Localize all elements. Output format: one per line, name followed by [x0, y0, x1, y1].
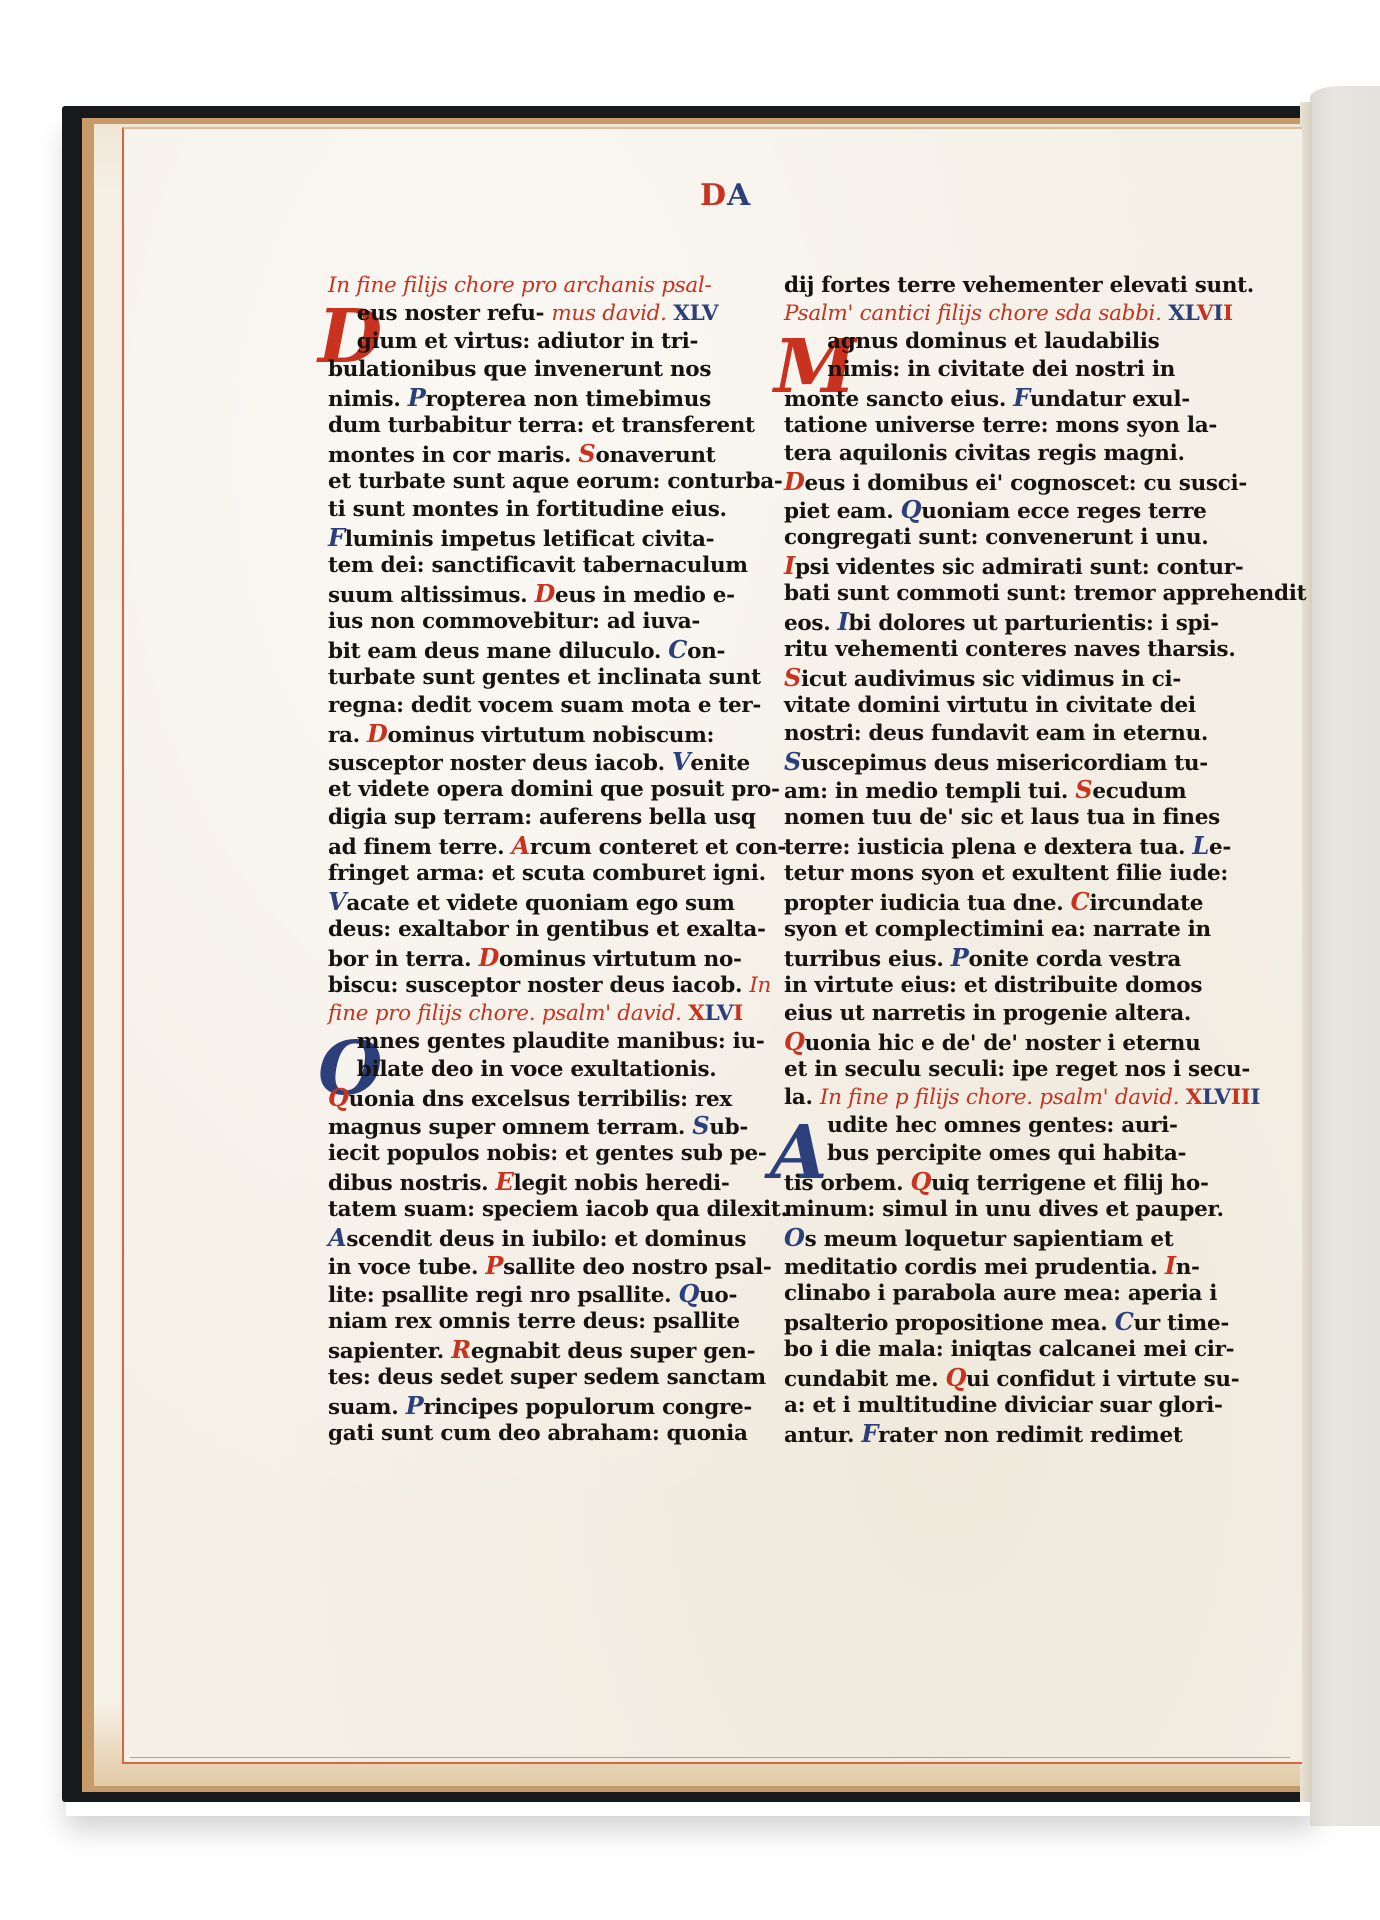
decorated-initial: O	[784, 1223, 805, 1252]
text-segment: cundabit me.	[784, 1367, 945, 1392]
text-segment: LV	[1202, 1085, 1231, 1110]
text-line: eus noster refu- mus david. XLV	[328, 300, 718, 328]
running-head: DA	[700, 178, 751, 213]
text-line: agnus dominus et laudabilis	[784, 328, 1264, 356]
text-line: Sicut audivimus sic vidimus in ci-	[784, 664, 1264, 692]
text-segment: bi dolores ut parturientis: i spi-	[849, 611, 1219, 636]
text-line: bit eam deus mane diluculo. Con-	[328, 636, 718, 664]
text-segment: digia sup terram: auferens bella usq	[328, 805, 756, 830]
text-segment: eus noster refu-	[328, 301, 551, 326]
text-segment: legit nobis heredi-	[514, 1171, 730, 1196]
text-segment: scendit deus in iubilo: et dominus	[346, 1227, 746, 1252]
decorated-initial: F	[861, 1419, 878, 1448]
rubric-text: Psalm' cantici filijs chore sda sabbi.	[784, 301, 1168, 326]
text-segment: ropterea non timebimus	[425, 387, 710, 412]
text-line: montes in cor maris. Sonaverunt	[328, 440, 718, 468]
text-segment: s meum loquetur sapientiam et	[805, 1227, 1174, 1252]
text-line: ius non commovebitur: ad iuva-	[328, 608, 718, 636]
text-segment: dum turbabitur terra: et transferent	[328, 413, 755, 438]
text-segment: tera aquilonis civitas regis magni.	[784, 441, 1185, 466]
text-segment: bus percipite omes qui habita-	[784, 1141, 1186, 1166]
text-line: in voce tube. Psallite deo nostro psal-	[328, 1252, 718, 1280]
text-segment: turribus eius.	[784, 947, 951, 972]
text-line: deus: exaltabor in gentibus et exalta-	[328, 916, 718, 944]
text-segment: XL	[1168, 301, 1197, 326]
text-segment: LV	[705, 1001, 734, 1026]
text-segment: psalterio propositione mea.	[784, 1311, 1115, 1336]
text-segment: turbate sunt gentes et inclinata sunt	[328, 665, 761, 690]
text-segment: vitate domini virtutu in civitate dei	[784, 693, 1196, 718]
text-segment: regna: dedit vocem suam mota e ter-	[328, 693, 761, 718]
text-segment: nimis.	[328, 387, 408, 412]
text-line: bilate deo in voce exultationis.	[328, 1056, 718, 1084]
text-line: dum turbabitur terra: et transferent	[328, 412, 718, 440]
text-segment: ur time-	[1134, 1311, 1230, 1336]
text-segment: tatem suam: speciem iacob qua dilexit.	[328, 1197, 788, 1222]
text-segment: n-	[1176, 1255, 1200, 1280]
decorated-initial: C	[1071, 887, 1090, 916]
text-segment: et videte opera domini que posuit pro-	[328, 777, 780, 802]
text-segment: et turbate sunt aque eorum: conturba-	[328, 469, 782, 494]
text-line: congregati sunt: convenerunt i unu.	[784, 524, 1264, 552]
rubric-text: In	[749, 973, 771, 998]
text-segment: on-	[687, 639, 725, 664]
text-segment: gati sunt cum deo abraham: quonia	[328, 1421, 748, 1446]
text-segment: lite: psallite regi nro psallite.	[328, 1283, 678, 1308]
text-line: propter iudicia tua dne. Circundate	[784, 888, 1264, 916]
text-line: eius ut narretis in progenie altera.	[784, 1000, 1264, 1028]
text-line: dibus nostris. Elegit nobis heredi-	[328, 1168, 718, 1196]
text-segment: sapienter.	[328, 1339, 451, 1364]
text-line: Psalm' cantici filijs chore sda sabbi. X…	[784, 300, 1264, 328]
decorated-initial: A	[512, 831, 530, 860]
text-segment: XLV	[673, 301, 718, 326]
text-segment: ominus virtutum no-	[499, 947, 742, 972]
text-segment: terre: iusticia plena e dextera tua.	[784, 835, 1192, 860]
decorated-initial: Q	[328, 1083, 349, 1112]
text-segment: deus: exaltabor in gentibus et exalta-	[328, 917, 766, 942]
text-segment: uiq terrigene et filij ho-	[931, 1171, 1208, 1196]
text-segment: bulationibus que invenerunt nos	[328, 357, 711, 382]
text-column-right: dij fortes terre vehementer elevati sunt…	[784, 272, 1264, 1448]
decorated-initial: F	[328, 523, 345, 552]
text-line: tatem suam: speciem iacob qua dilexit.	[328, 1196, 718, 1224]
text-line: Ascendit deus in iubilo: et dominus	[328, 1224, 718, 1252]
text-segment: fringet arma: et scuta comburet igni.	[328, 861, 766, 886]
text-line: tera aquilonis civitas regis magni.	[784, 440, 1264, 468]
text-segment: X	[688, 1001, 704, 1026]
decorated-initial: S	[578, 439, 595, 468]
text-line: gati sunt cum deo abraham: quonia	[328, 1420, 718, 1448]
text-line: dij fortes terre vehementer elevati sunt…	[784, 272, 1264, 300]
text-segment: e-	[1209, 835, 1231, 860]
text-segment: sallite deo nostro psal-	[503, 1255, 771, 1280]
text-line: susceptor noster deus iacob. Venite	[328, 748, 718, 776]
text-segment: ominus virtutum nobiscum:	[388, 723, 715, 748]
text-line: sapienter. Regnabit deus super gen-	[328, 1336, 718, 1364]
text-segment: rcum conteret et con-	[530, 835, 786, 860]
text-line: turbate sunt gentes et inclinata sunt	[328, 664, 718, 692]
text-segment: I	[1213, 301, 1223, 326]
text-segment: biscu: susceptor noster deus iacob.	[328, 973, 749, 998]
text-line: fringet arma: et scuta comburet igni.	[328, 860, 718, 888]
text-segment: ius non commovebitur: ad iuva-	[328, 609, 700, 634]
text-segment: iecit populos nobis: et gentes sub pe-	[328, 1141, 766, 1166]
text-line: la. In fine p filijs chore. psalm' david…	[784, 1084, 1264, 1112]
text-column-left: In fine filijs chore pro archanis psal- …	[328, 272, 718, 1448]
text-line: bus percipite omes qui habita-	[784, 1140, 1264, 1168]
red-ruling-line	[130, 1757, 1290, 1758]
decorated-initial: D	[367, 719, 388, 748]
text-segment: nostri: deus fundavit eam in eternu.	[784, 721, 1208, 746]
text-line: biscu: susceptor noster deus iacob. In	[328, 972, 718, 1000]
text-line: tes: deus sedet super sedem sanctam	[328, 1364, 718, 1392]
text-line: minum: simul in unu dives et pauper.	[784, 1196, 1264, 1224]
text-line: suum altissimus. Deus in medio e-	[328, 580, 718, 608]
text-line: Quonia dns excelsus terribilis: rex	[328, 1084, 718, 1112]
text-line: monte sancto eius. Fundatur exul-	[784, 384, 1264, 412]
text-segment: dibus nostris.	[328, 1171, 496, 1196]
text-segment: eus i domibus ei' cognoscet: cu susci-	[805, 471, 1248, 496]
text-segment: onaverunt	[595, 443, 715, 468]
text-segment: rater non redimit redimet	[878, 1423, 1182, 1448]
text-segment: uoniam ecce reges terre	[921, 499, 1206, 524]
decorated-initial: Q	[945, 1363, 966, 1392]
decorated-initial: S	[784, 663, 801, 692]
decorated-initial: D	[478, 943, 499, 972]
text-line: suam. Principes populorum congre-	[328, 1392, 718, 1420]
text-line: eos. Ibi dolores ut parturientis: i spi-	[784, 608, 1264, 636]
text-line: et videte opera domini que posuit pro-	[328, 776, 718, 804]
text-segment: bit eam deus mane diluculo.	[328, 639, 668, 664]
text-line: tem dei: sanctificavit tabernaculum	[328, 552, 718, 580]
text-segment: bati sunt commoti sunt: tremor apprehend…	[784, 581, 1306, 606]
text-segment: eius ut narretis in progenie altera.	[784, 1001, 1191, 1026]
text-line: a: et i multitudine diviciar suar glori-	[784, 1392, 1264, 1420]
text-line: antur. Frater non redimit redimet	[784, 1420, 1264, 1448]
text-line: turribus eius. Ponite corda vestra	[784, 944, 1264, 972]
text-line: syon et complectimini ea: narrate in	[784, 916, 1264, 944]
text-segment: susceptor noster deus iacob.	[328, 751, 672, 776]
text-segment: rincipes populorum congre-	[423, 1395, 752, 1420]
text-segment: ecudum	[1092, 779, 1186, 804]
text-segment: a: et i multitudine diviciar suar glori-	[784, 1393, 1223, 1418]
text-segment: magnus super omnem terram.	[328, 1115, 692, 1140]
decorated-initial: D	[784, 467, 805, 496]
text-line: meditatio cordis mei prudentia. In-	[784, 1252, 1264, 1280]
text-line: regna: dedit vocem suam mota e ter-	[328, 692, 718, 720]
text-segment: suum altissimus.	[328, 583, 535, 608]
text-segment: nimis: in civitate dei nostri in	[784, 357, 1175, 382]
text-line: cundabit me. Qui confidut i virtute su-	[784, 1364, 1264, 1392]
text-line: et in seculu seculi: ipe reget nos i sec…	[784, 1056, 1264, 1084]
decorated-initial: L	[1192, 831, 1209, 860]
text-segment: clinabo i parabola aure mea: aperia i	[784, 1281, 1217, 1306]
text-line: bor in terra. Dominus virtutum no-	[328, 944, 718, 972]
text-segment: udite hec omnes gentes: auri-	[784, 1113, 1178, 1138]
text-segment: tes: deus sedet super sedem sanctam	[328, 1365, 766, 1390]
text-segment: syon et complectimini ea: narrate in	[784, 917, 1211, 942]
text-segment: tetur mons syon et exultent filie iude:	[784, 861, 1228, 886]
text-line: iecit populos nobis: et gentes sub pe-	[328, 1140, 718, 1168]
decorated-initial: V	[328, 887, 346, 916]
text-segment: suam.	[328, 1395, 406, 1420]
text-segment: gium et virtus: adiutor in tri-	[328, 329, 698, 354]
text-line: tetur mons syon et exultent filie iude:	[784, 860, 1264, 888]
rubric-text: mus david.	[551, 301, 673, 326]
text-segment: ti sunt montes in fortitudine eius.	[328, 497, 727, 522]
text-line: bo i die mala: iniqtas calcanei mei cir-	[784, 1336, 1264, 1364]
running-head-letter-a: A	[727, 178, 751, 213]
decorated-initial: I	[1165, 1251, 1176, 1280]
text-segment: uonia hic e de' de' noster i eternu	[805, 1031, 1201, 1056]
decorated-initial: S	[692, 1111, 709, 1140]
text-segment: tis orbem.	[784, 1171, 911, 1196]
decorated-initial: Q	[911, 1167, 932, 1196]
text-segment: mnes gentes plaudite manibus: iu-	[328, 1029, 765, 1054]
running-head-letter-d: D	[700, 178, 727, 213]
text-segment: minum: simul in unu dives et pauper.	[784, 1197, 1224, 1222]
text-segment: onite corda vestra	[968, 947, 1181, 972]
text-segment: eus in medio e-	[555, 583, 735, 608]
text-segment: et in seculu seculi: ipe reget nos i sec…	[784, 1057, 1250, 1082]
text-segment: la.	[784, 1085, 820, 1110]
text-segment: niam rex omnis terre deus: psallite	[328, 1309, 740, 1334]
text-line: gium et virtus: adiutor in tri-	[328, 328, 718, 356]
text-segment: nomen tuu de' sic et laus tua in fines	[784, 805, 1220, 830]
text-segment: bo i die mala: iniqtas calcanei mei cir-	[784, 1337, 1234, 1362]
text-line: nimis. Propterea non timebimus	[328, 384, 718, 412]
text-segment: tem dei: sanctificavit tabernaculum	[328, 553, 748, 578]
decorated-initial: S	[784, 747, 801, 776]
text-segment: in virtute eius: et distribuite domos	[784, 973, 1202, 998]
text-segment: X	[1186, 1085, 1202, 1110]
text-segment: meditatio cordis mei prudentia.	[784, 1255, 1165, 1280]
text-segment: icut audivimus sic vidimus in ci-	[801, 667, 1181, 692]
decorated-initial: A	[328, 1223, 346, 1252]
text-segment: I	[1223, 301, 1233, 326]
text-line: ritu vehementi conteres naves tharsis.	[784, 636, 1264, 664]
text-line: fine pro filijs chore. psalm' david. XLV…	[328, 1000, 718, 1028]
text-line: ti sunt montes in fortitudine eius.	[328, 496, 718, 524]
text-segment: acate et videte quoniam ego sum	[346, 891, 734, 916]
decorated-initial: I	[784, 551, 795, 580]
decorated-initial: C	[668, 635, 687, 664]
text-line: nimis: in civitate dei nostri in	[784, 356, 1264, 384]
text-line: ad finem terre. Arcum conteret et con-	[328, 832, 718, 860]
text-line: In fine filijs chore pro archanis psal-	[328, 272, 718, 300]
text-line: niam rex omnis terre deus: psallite	[328, 1308, 718, 1336]
text-segment: psi videntes sic admirati sunt: contur-	[795, 555, 1243, 580]
text-line: lite: psallite regi nro psallite. Quo-	[328, 1280, 718, 1308]
text-line: Os meum loquetur sapientiam et	[784, 1224, 1264, 1252]
text-segment: ritu vehementi conteres naves tharsis.	[784, 637, 1236, 662]
text-segment: am: in medio templi tui.	[784, 779, 1075, 804]
text-segment: in voce tube.	[328, 1255, 485, 1280]
text-segment: ad finem terre.	[328, 835, 512, 860]
text-line: Fluminis impetus letificat civita-	[328, 524, 718, 552]
text-line: nomen tuu de' sic et laus tua in fines	[784, 804, 1264, 832]
decorated-initial: C	[1115, 1307, 1134, 1336]
text-segment: undatur exul-	[1030, 387, 1190, 412]
text-segment: uonia dns excelsus terribilis: rex	[349, 1087, 732, 1112]
text-line: bulationibus que invenerunt nos	[328, 356, 718, 384]
rubric-text: In fine filijs chore pro archanis psal-	[328, 273, 711, 298]
text-segment: ub-	[709, 1115, 748, 1140]
text-segment: luminis impetus letificat civita-	[345, 527, 715, 552]
text-line: udite hec omnes gentes: auri-	[784, 1112, 1264, 1140]
rubric-text: In fine p filijs chore. psalm' david.	[820, 1085, 1186, 1110]
facing-page	[1310, 86, 1380, 1826]
text-segment: tatione universe terre: mons syon la-	[784, 413, 1217, 438]
decorated-initial: E	[496, 1167, 514, 1196]
text-segment: I	[733, 1001, 743, 1026]
text-segment: dij fortes terre vehementer elevati sunt…	[784, 273, 1254, 298]
text-line: am: in medio templi tui. Secudum	[784, 776, 1264, 804]
text-line: digia sup terram: auferens bella usq	[328, 804, 718, 832]
text-line: bati sunt commoti sunt: tremor apprehend…	[784, 580, 1264, 608]
text-line: et turbate sunt aque eorum: conturba-	[328, 468, 718, 496]
text-segment: I	[1250, 1085, 1260, 1110]
decorated-initial: V	[672, 747, 690, 776]
decorated-initial: Q	[678, 1279, 699, 1308]
text-line: terre: iusticia plena e dextera tua. Le-	[784, 832, 1264, 860]
text-segment: II	[1231, 1085, 1251, 1110]
text-segment: agnus dominus et laudabilis	[784, 329, 1159, 354]
decorated-initial: Q	[784, 1027, 805, 1056]
text-line: ra. Dominus virtutum nobiscum:	[328, 720, 718, 748]
decorated-initial: P	[485, 1251, 503, 1280]
text-segment: monte sancto eius.	[784, 387, 1013, 412]
text-segment: bor in terra.	[328, 947, 478, 972]
text-line: Suscepimus deus misericordiam tu-	[784, 748, 1264, 776]
decorated-initial: P	[408, 383, 426, 412]
rubric-text: fine pro filijs chore. psalm' david.	[328, 1001, 688, 1026]
text-line: tis orbem. Quiq terrigene et filij ho-	[784, 1168, 1264, 1196]
text-line: piet eam. Quoniam ecce reges terre	[784, 496, 1264, 524]
text-segment: ui confidut i virtute su-	[966, 1367, 1239, 1392]
text-segment: montes in cor maris.	[328, 443, 578, 468]
text-segment: enite	[690, 751, 750, 776]
text-line: nostri: deus fundavit eam in eternu.	[784, 720, 1264, 748]
text-segment: eos.	[784, 611, 838, 636]
decorated-initial: R	[451, 1335, 471, 1364]
decorated-initial: I	[838, 607, 849, 636]
text-segment: egnabit deus super gen-	[471, 1339, 755, 1364]
text-line: clinabo i parabola aure mea: aperia i	[784, 1280, 1264, 1308]
text-segment: antur.	[784, 1423, 861, 1448]
text-segment: piet eam.	[784, 499, 901, 524]
text-segment: propter iudicia tua dne.	[784, 891, 1071, 916]
text-segment: V	[1197, 301, 1213, 326]
text-line: Ipsi videntes sic admirati sunt: contur-	[784, 552, 1264, 580]
text-line: mnes gentes plaudite manibus: iu-	[328, 1028, 718, 1056]
text-segment: congregati sunt: convenerunt i unu.	[784, 525, 1208, 550]
text-segment: bilate deo in voce exultationis.	[328, 1057, 716, 1082]
text-segment: ra.	[328, 723, 367, 748]
text-line: magnus super omnem terram. Sub-	[328, 1112, 718, 1140]
text-line: psalterio propositione mea. Cur time-	[784, 1308, 1264, 1336]
text-line: in virtute eius: et distribuite domos	[784, 972, 1264, 1000]
decorated-initial: D	[535, 579, 556, 608]
text-line: tatione universe terre: mons syon la-	[784, 412, 1264, 440]
decorated-initial: P	[951, 943, 969, 972]
decorated-initial: F	[1013, 383, 1030, 412]
text-line: Vacate et videte quoniam ego sum	[328, 888, 718, 916]
text-line: Quonia hic e de' de' noster i eternu	[784, 1028, 1264, 1056]
decorated-initial: S	[1075, 775, 1092, 804]
decorated-initial: P	[406, 1391, 424, 1420]
text-segment: uo-	[699, 1283, 737, 1308]
decorated-initial: Q	[901, 495, 922, 524]
text-segment: ircundate	[1089, 891, 1203, 916]
text-line: vitate domini virtutu in civitate dei	[784, 692, 1264, 720]
text-segment: uscepimus deus misericordiam tu-	[801, 751, 1208, 776]
text-line: Deus i domibus ei' cognoscet: cu susci-	[784, 468, 1264, 496]
